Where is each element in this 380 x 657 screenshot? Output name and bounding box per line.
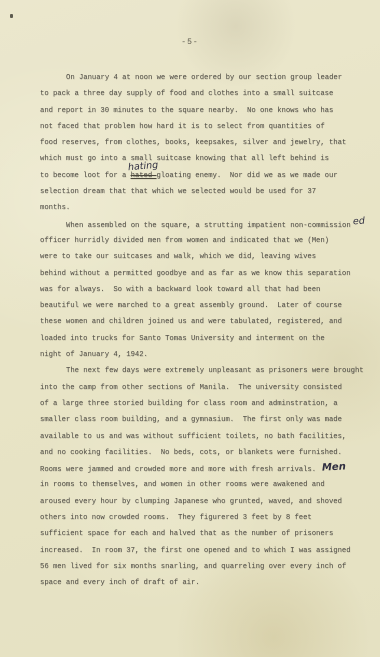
typed-line-with-correction: to become loot for a hatinghated gloatin… (40, 168, 360, 184)
typed-line: food reserves, from clothes, books, keep… (40, 135, 360, 151)
typed-line: in rooms to themselves, and women in oth… (40, 477, 360, 493)
typed-line: The next few days were extremely unpleas… (40, 363, 360, 379)
typed-line: loaded into trucks for Santo Tomas Unive… (40, 331, 360, 347)
typed-line: officer hurridly divided men from women … (40, 233, 360, 249)
typed-line: space and every inch of draft of air. (40, 575, 360, 591)
typed-line: sufficient space for each and halved tha… (40, 526, 360, 542)
typed-text: to become loot for a (40, 172, 131, 180)
handwritten-suffix-ed: ed (352, 213, 365, 230)
typed-line: into the camp from other sections of Man… (40, 380, 360, 396)
typed-line: which must go into a small suitcase know… (40, 151, 360, 167)
typed-line: behind without a permitted goodbye and a… (40, 266, 360, 282)
typed-line-with-correction: Rooms were jammed and crowded more and m… (40, 461, 360, 477)
typed-line: available to us and was without sufficie… (40, 429, 360, 445)
typed-line: aroused every hour by clumping Japanese … (40, 494, 360, 510)
typed-line: smaller class room building, and a gymna… (40, 412, 360, 428)
struck-word-text: hated (131, 172, 157, 180)
typed-text: Rooms were jammed and crowded more and m… (40, 466, 316, 474)
typed-line: these women and children joined us and w… (40, 314, 360, 330)
typed-line: increased. In room 37, the first one ope… (40, 543, 360, 559)
typed-line: was for always. So with a backward look … (40, 282, 360, 298)
typed-line: night of January 4, 1942. (40, 347, 360, 363)
typed-line: beautiful we were marched to a great ass… (40, 298, 360, 314)
typed-text-block: On January 4 at noon we were ordered by … (40, 70, 360, 592)
document-page: -5- On January 4 at noon we were ordered… (0, 0, 380, 657)
paper-speck (10, 14, 13, 18)
typed-line: others into now crowded rooms. They figu… (40, 510, 360, 526)
typed-line: On January 4 at noon we were ordered by … (40, 70, 360, 86)
typed-line: months. (40, 200, 360, 216)
typed-line: of a large three storied building for cl… (40, 396, 360, 412)
typed-line: and report in 30 minutes to the square n… (40, 103, 360, 119)
page-number: -5- (0, 38, 380, 47)
typed-line: and no cooking facilities. No beds, cots… (40, 445, 360, 461)
typed-line: to pack a three day supply of food and c… (40, 86, 360, 102)
typed-text: gloating enemy. Nor did we as we made ou… (156, 172, 337, 180)
typed-line: not faced that problem how hard it is to… (40, 119, 360, 135)
typed-line: 56 men lived for six months snarling, an… (40, 559, 360, 575)
typed-text: When assembled on the square, a struttin… (66, 222, 351, 230)
typed-line: were to take our suitcases and walk, whi… (40, 249, 360, 265)
struck-word: hatinghated (131, 172, 157, 180)
handwritten-word-men: Men (322, 460, 347, 478)
typed-line: selection dream that that which we selec… (40, 184, 360, 200)
typed-line-with-correction: When assembled on the square, a struttin… (40, 217, 360, 233)
